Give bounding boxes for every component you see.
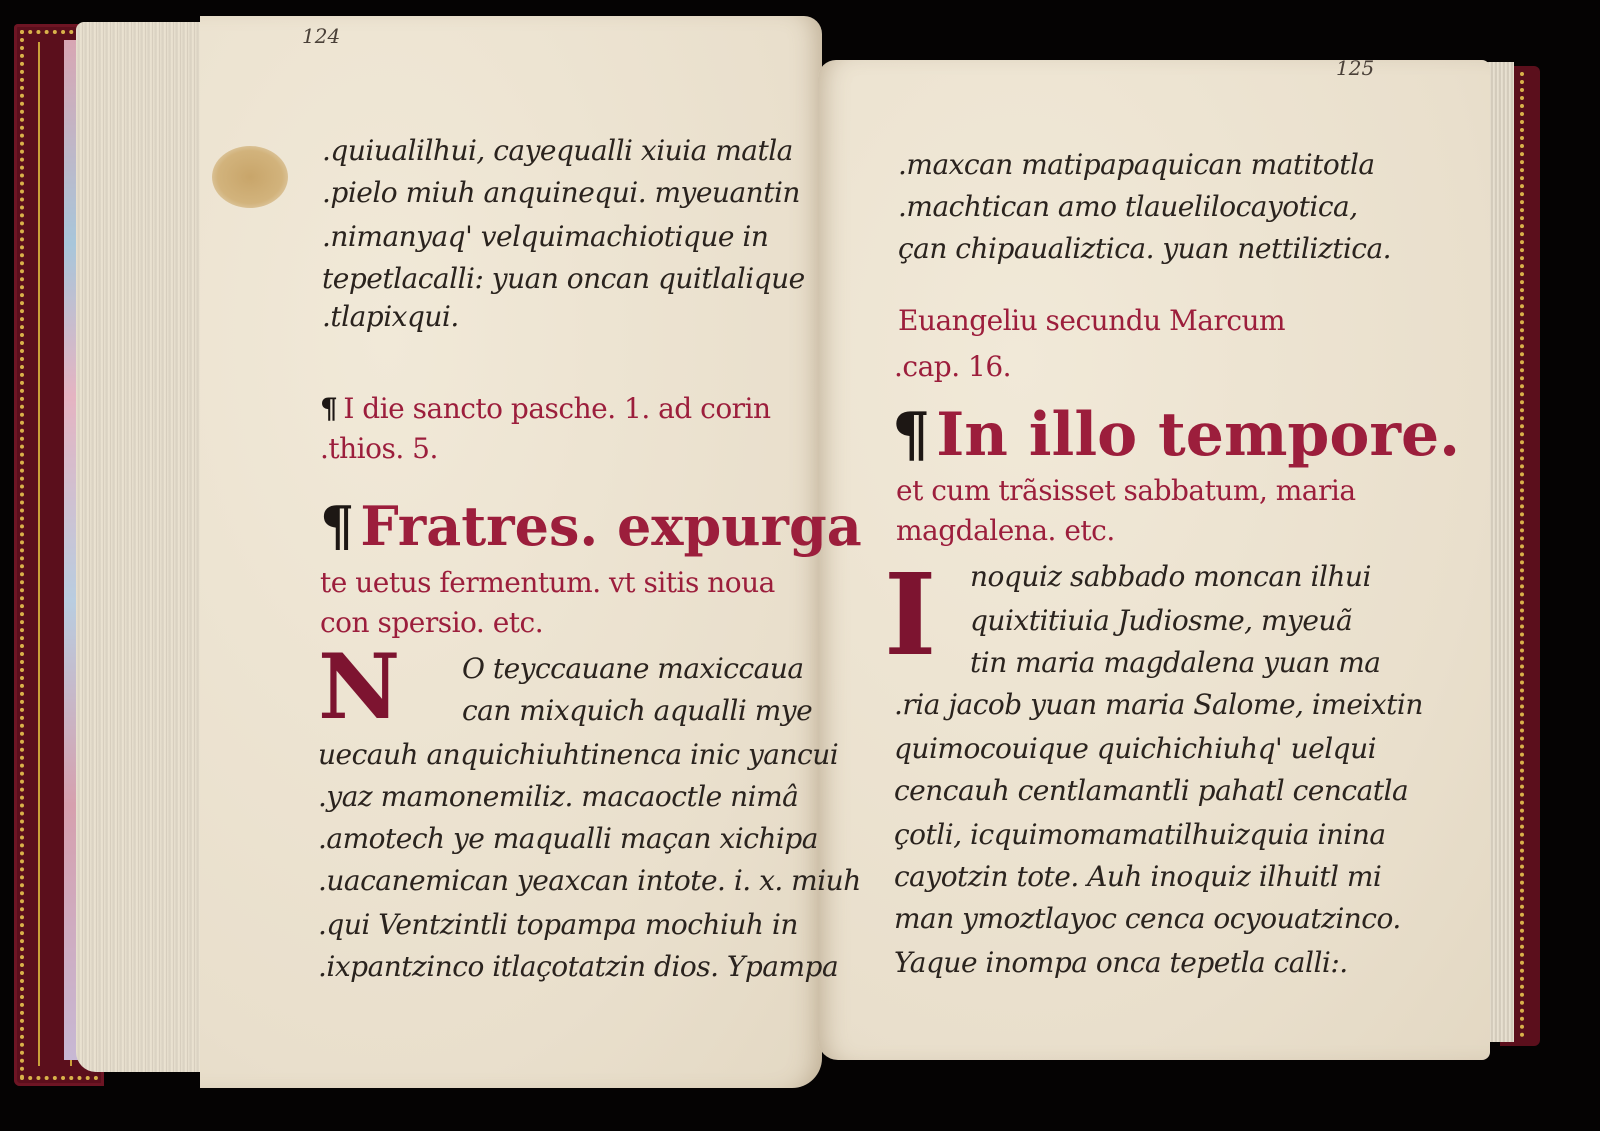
- right-folio-number: 125: [1336, 56, 1374, 80]
- text-line: .uacanemican yeaxcan intote. i. x. miuh: [318, 864, 861, 897]
- rubric-heading: ¶I die sancto pasche. 1. ad corin: [320, 392, 771, 425]
- rubric-continuation: magdalena. etc.: [896, 514, 1115, 547]
- page-stain: [212, 146, 288, 208]
- text-line: O teyccauane maxiccaua: [462, 652, 804, 685]
- text-line: man ymoztlayoc cenca ocyouatzinco.: [894, 902, 1401, 935]
- decorated-initial-n: N: [318, 642, 400, 732]
- open-manuscript-book: 124 .quiualilhui, cayequalli xiuia matla…: [0, 0, 1600, 1131]
- rubric-continuation: te uetus fermentum. vt sitis noua: [320, 566, 775, 599]
- incipit-heading: ¶In illo tempore.: [892, 400, 1460, 470]
- decorated-initial-i: I: [884, 560, 936, 672]
- paragraph-mark-icon: ¶: [892, 400, 930, 470]
- text-line: .tlapixqui.: [322, 300, 459, 333]
- text-line: .yaz mamonemiliz. macaoctle nimâ: [318, 780, 798, 813]
- text-line: çotli, icquimomamatilhuizquia inina: [894, 818, 1386, 851]
- text-line: .machtican amo tlauelilocayotica,: [898, 190, 1358, 223]
- paragraph-mark-icon: ¶: [320, 392, 337, 425]
- text-line: .nimanyaq' velquimachiotique in: [322, 220, 768, 253]
- text-line: quixtitiuia Judiosme, myeuã: [970, 604, 1352, 637]
- text-line: cencauh centlamantli pahatl cencatla: [894, 774, 1408, 807]
- text-line: can mixquich aqualli mye: [462, 694, 812, 727]
- rubric-heading: .thios. 5.: [320, 432, 438, 465]
- text-line: .qui Ventzintli topampa mochiuh in: [318, 908, 798, 941]
- left-folio-number: 124: [302, 24, 340, 48]
- text-line: .maxcan matipapaquican matitotla: [898, 148, 1375, 181]
- right-page-edges: [1486, 62, 1514, 1042]
- text-line: tin maria magdalena yuan ma: [970, 646, 1380, 679]
- text-line: Yaque inompa onca tepetla calli:.: [894, 946, 1348, 979]
- text-line: .ria jacob yuan maria Salome, imeixtin: [894, 688, 1423, 721]
- rubric-heading: Euangeliu secundu Marcum: [898, 304, 1285, 337]
- text-line: noquiz sabbado moncan ilhui: [970, 560, 1371, 593]
- rubric-heading: .cap. 16.: [894, 350, 1011, 383]
- rubric-continuation: et cum trãsisset sabbatum, maria: [896, 474, 1356, 507]
- text-line: uecauh anquichiuhtinenca inic yancui: [318, 738, 838, 771]
- text-line: çan chipaualiztica. yuan nettiliztica.: [898, 232, 1391, 265]
- text-line: quimocouique quichichiuhq' uelqui: [894, 732, 1376, 765]
- text-line: .pielo miuh anquinequi. myeuantin: [322, 176, 800, 209]
- text-line: .amotech ye maqualli maçan xichipa: [318, 822, 818, 855]
- text-line: cayotzin tote. Auh inoquiz ilhuitl mi: [894, 860, 1381, 893]
- left-page-edges: [76, 22, 206, 1072]
- text-line: tepetlacalli: yuan oncan quitlalique: [322, 262, 805, 295]
- text-line: .quiualilhui, cayequalli xiuia matla: [322, 134, 793, 167]
- text-line: .ixpantzinco itlaçotatzin dios. Ypampa: [318, 950, 838, 983]
- paragraph-mark-icon: ¶: [320, 494, 354, 558]
- incipit-heading: ¶Fratres. expurga: [320, 494, 862, 558]
